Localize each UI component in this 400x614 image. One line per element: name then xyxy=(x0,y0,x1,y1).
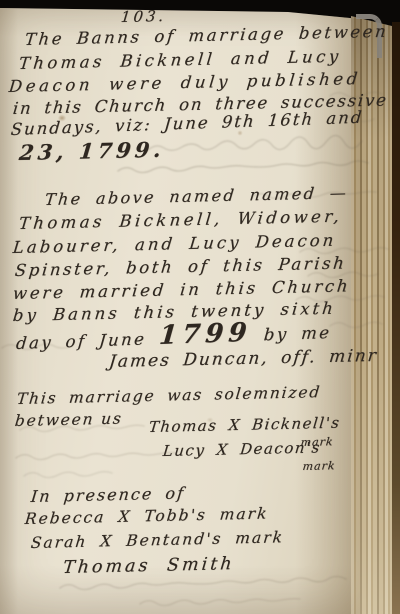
bride-mark-word: mark xyxy=(302,459,336,473)
year-1799: 1799 xyxy=(158,318,253,351)
solemnized-line: between us xyxy=(14,410,124,430)
book-cover-edge xyxy=(392,22,400,614)
banns-dates-line: 23, 1799. xyxy=(18,137,166,165)
page-number: 103. xyxy=(120,7,167,26)
witnesses-heading: In presence of xyxy=(30,483,186,506)
date-pre: day of June xyxy=(15,329,160,353)
photograph-of-marriage-register: { "colors": { "ink": "#2e2720", "paper":… xyxy=(0,0,400,614)
witness-signature: Thomas Smith xyxy=(62,554,236,578)
bride-mark-line: Lucy X Deacon's xyxy=(162,438,322,460)
date-post: by me xyxy=(250,323,332,345)
